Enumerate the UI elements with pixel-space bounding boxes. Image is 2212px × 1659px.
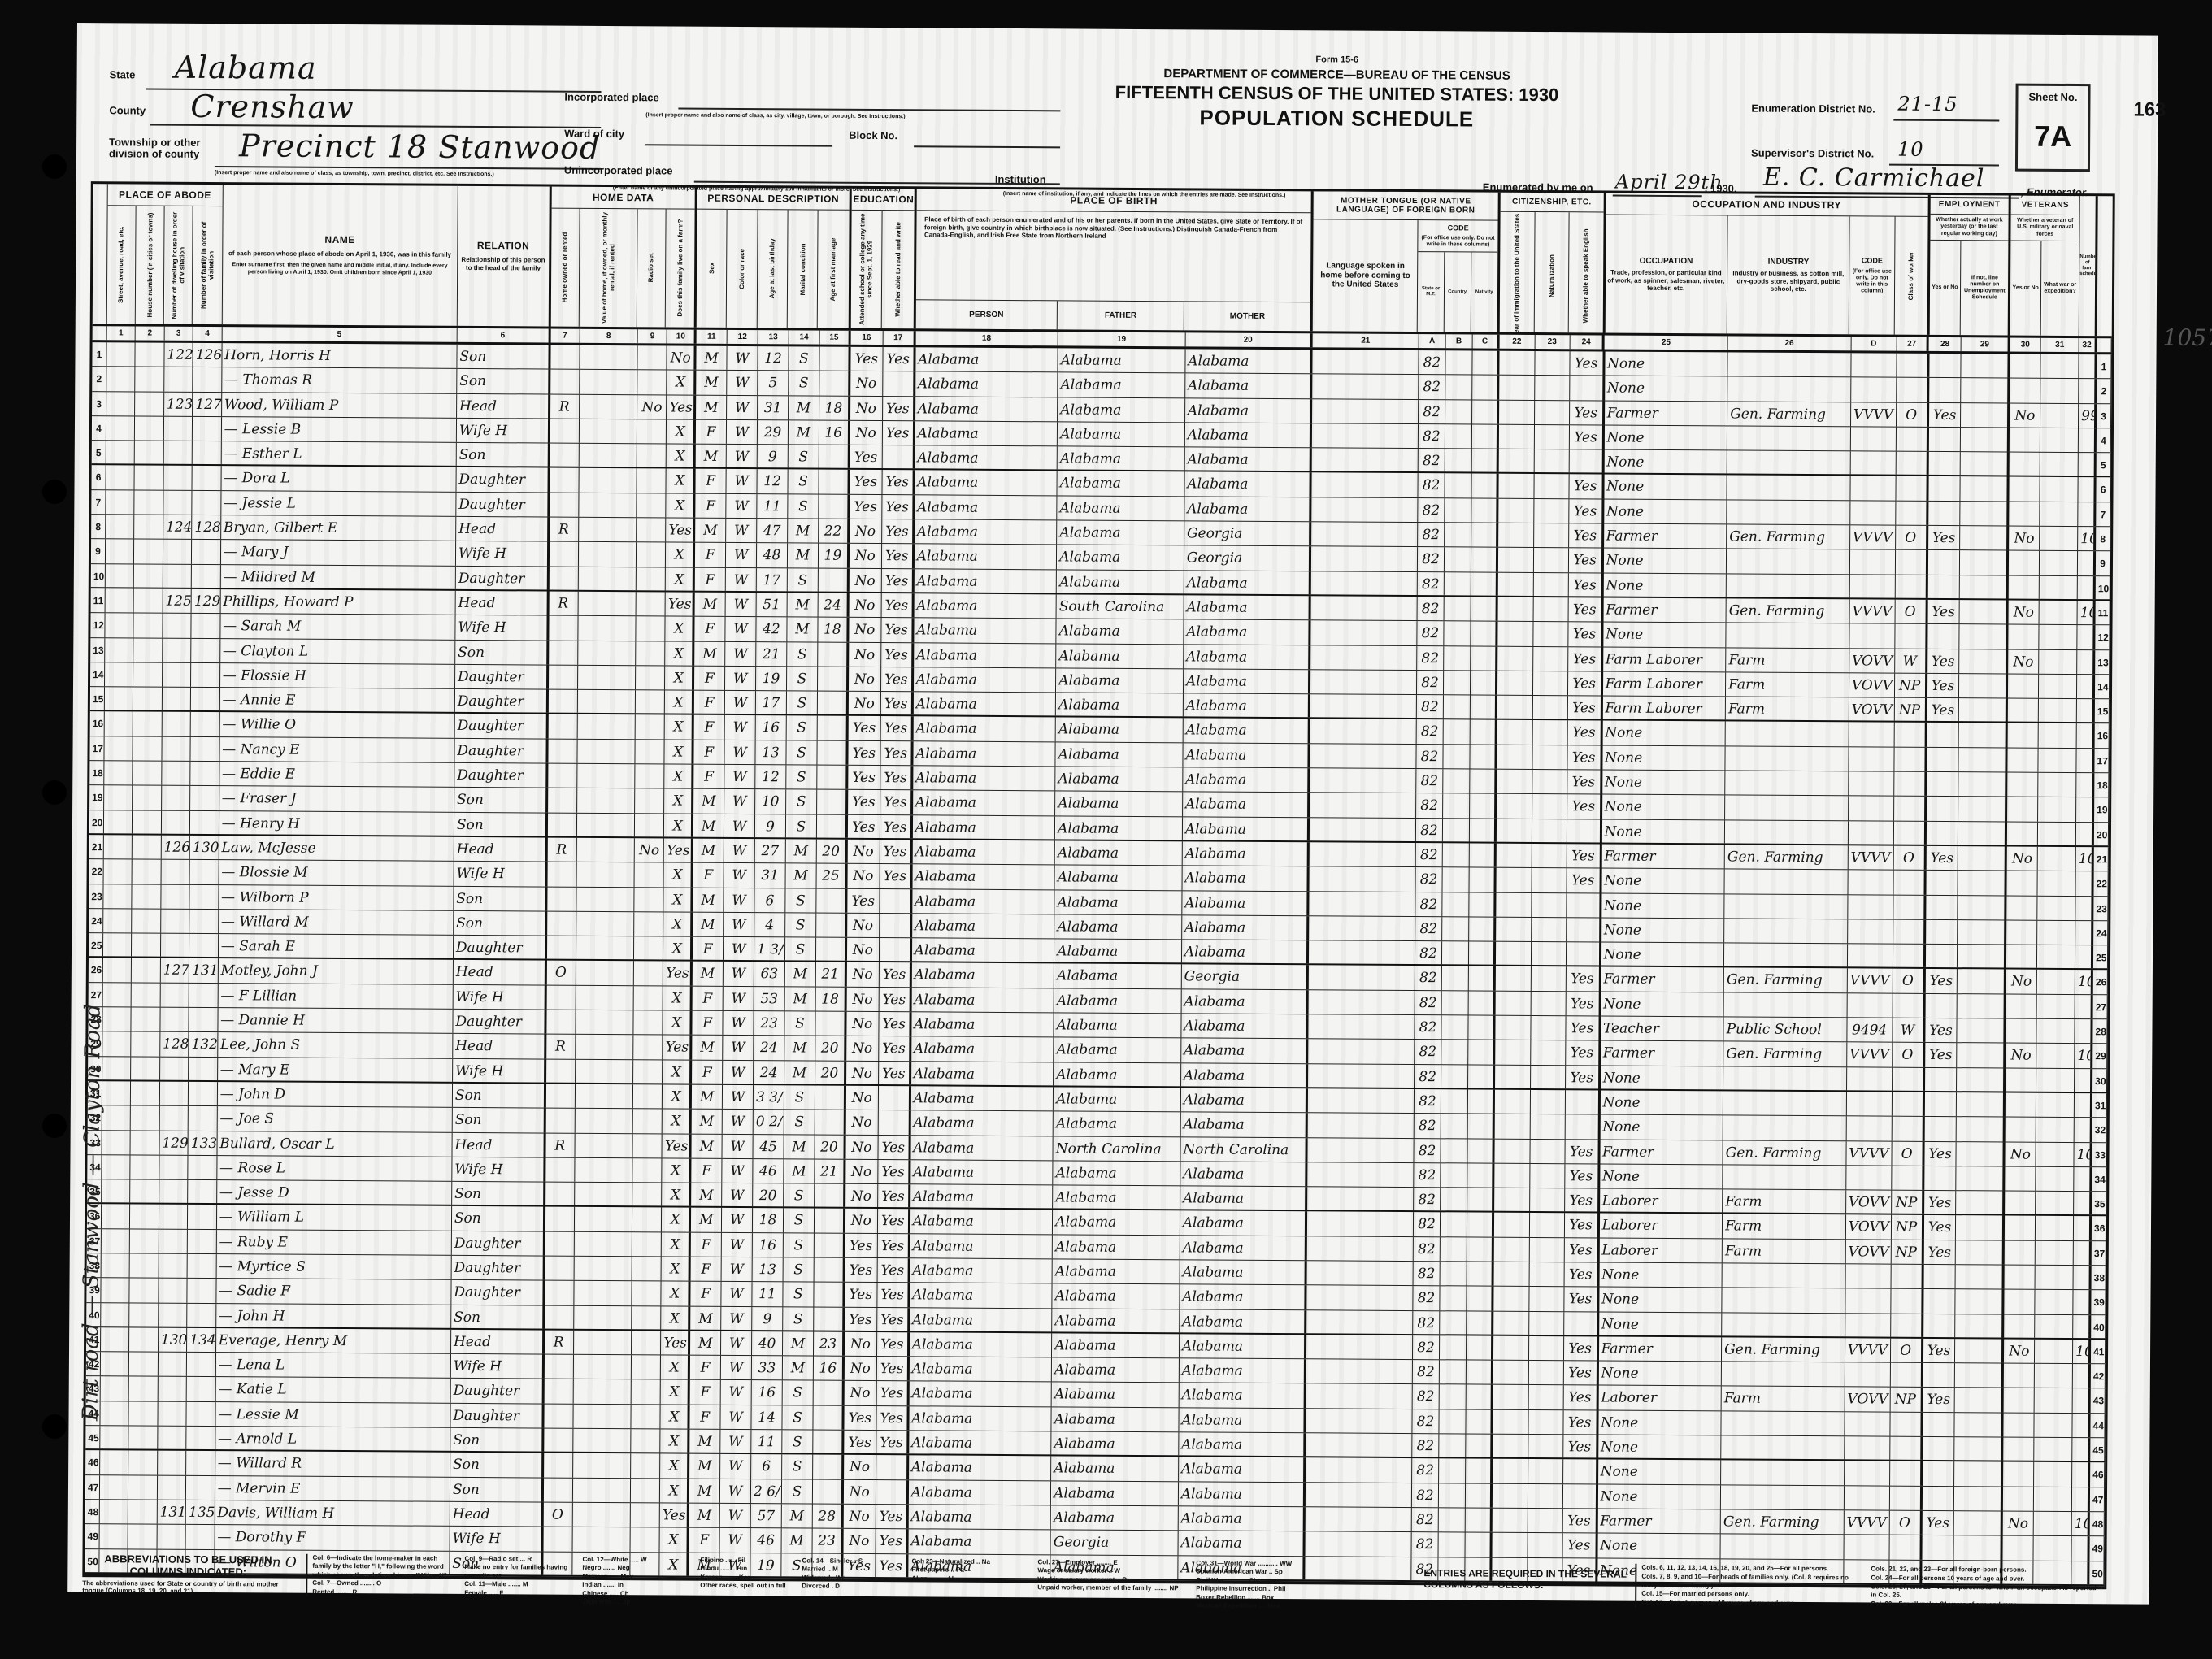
cell-own (544, 1453, 573, 1478)
cell-rn: 45 (2090, 1438, 2105, 1461)
cell-fbp: Alabama (1052, 1407, 1180, 1431)
cell-empty (1445, 523, 1471, 546)
cell-ocode (1850, 550, 1896, 575)
cell-code: 82 (1418, 474, 1445, 497)
cell-empty (130, 1229, 159, 1253)
cell-val (576, 936, 635, 960)
cell-own (544, 1404, 573, 1428)
cell-empty (104, 761, 133, 785)
cell-empty (1445, 498, 1471, 522)
cell-name: — F Lillian (218, 984, 453, 1009)
cell-agem (813, 1431, 844, 1454)
cell-fs: 99 (2079, 404, 2097, 428)
column-number: 22 (1499, 335, 1535, 349)
cell-empty (1498, 523, 1534, 548)
cell-empty (1439, 1409, 1466, 1433)
cell-empty (1444, 720, 1471, 744)
cell-name: — Rose L (217, 1156, 452, 1181)
cell-val (572, 1478, 631, 1502)
cell-read: Yes (876, 1505, 908, 1529)
enum-district-value: 21-15 (1897, 93, 1958, 115)
cell-val (577, 690, 636, 714)
cell-sch: No (847, 914, 880, 938)
cell-agem (817, 790, 848, 814)
cell-sex: F (694, 740, 725, 764)
cell-emp (1924, 1117, 1957, 1141)
cell-name: — Dannie H (218, 1008, 453, 1033)
ward-label: Ward of city (564, 128, 624, 140)
cell-rn: 38 (2092, 1266, 2106, 1289)
cell-fbp: Alabama (1052, 1309, 1180, 1332)
cell-bp: Alabama (913, 717, 1056, 741)
cell-mar: S (784, 1110, 815, 1135)
cell-cls (1893, 1067, 1925, 1091)
cell-mar: M (783, 1331, 814, 1356)
cell-empty (1529, 1287, 1564, 1311)
cell-dw (160, 1057, 189, 1080)
cell-ocode (1849, 723, 1894, 747)
cell-emp (1929, 354, 1962, 378)
cell-dw (163, 614, 192, 638)
cell-sex: M (693, 912, 724, 936)
cell-empty (1499, 376, 1535, 400)
cell-bp: Alabama (915, 372, 1058, 397)
cell-rel: Daughter (451, 1379, 545, 1403)
cell-farm: X (663, 1110, 692, 1134)
cell-read: Yes (876, 1382, 909, 1406)
cell-agem (818, 642, 849, 667)
cell-radio (632, 1281, 662, 1305)
cell-fam (191, 638, 220, 662)
cell-unl (1961, 403, 2010, 428)
cell-empty (1533, 573, 1568, 597)
cell-line: 1 (92, 342, 106, 366)
cell-empty (1466, 1435, 1493, 1457)
cell-empty (1533, 696, 1568, 719)
cell-fs (2075, 945, 2093, 968)
cell-sex: M (691, 1183, 722, 1207)
cell-fbp: Alabama (1052, 1333, 1180, 1357)
cell-farm: No (667, 345, 697, 370)
cell-ocode (1846, 1117, 1892, 1141)
cell-ind: Farm (1722, 1387, 1845, 1411)
cell-empty (1438, 1533, 1465, 1557)
cell-occ: None (1597, 1534, 1721, 1558)
cell-empty (1441, 1015, 1468, 1039)
cell-sch: No (849, 618, 881, 642)
cell-cls (1892, 1166, 1924, 1190)
cell-dw (159, 1254, 188, 1279)
abbreviations-block: ABBREVIATIONS TO BE USED IN COLUMNS INDI… (82, 1553, 293, 1596)
cell-cls (1892, 1092, 1924, 1117)
cell-eng: Yes (1570, 401, 1605, 425)
cell-read: Yes (880, 717, 913, 741)
cell-dw (158, 1427, 187, 1450)
cell-fs (2075, 921, 2093, 945)
cell-empty (133, 662, 163, 687)
cell-unl (1956, 1289, 2005, 1314)
cell-empty (1310, 744, 1417, 768)
cell-eng: Yes (1566, 1016, 1601, 1040)
cell-empty (1471, 548, 1498, 571)
cell-ind (1723, 1116, 1847, 1140)
cell-war (2035, 1414, 2073, 1438)
cell-ind: Gen. Farming (1722, 1337, 1845, 1362)
cell-radio (637, 592, 666, 616)
column-number: 16 (850, 331, 883, 345)
cell-empty (133, 909, 162, 933)
cell-race: W (720, 1454, 751, 1479)
right-line-num-header (2097, 196, 2113, 336)
cell-radio (634, 1010, 663, 1035)
cell-rn: 49 (2090, 1536, 2105, 1560)
cell-code: 82 (1415, 1065, 1441, 1088)
cell-empty (132, 1007, 161, 1031)
cell-empty (1313, 350, 1419, 374)
cell-radio (636, 690, 665, 714)
cell-ocode (1849, 821, 1894, 845)
cell-sex: F (696, 469, 727, 493)
cell-ocode: VVVV (1851, 402, 1897, 427)
cell-empty (102, 1131, 131, 1155)
cell-race: W (722, 1159, 753, 1183)
cell-empty (133, 810, 162, 834)
cell-war (2040, 551, 2078, 575)
cell-unl (1959, 723, 2008, 748)
header-name: NAME of each person whose place of abode… (222, 185, 458, 326)
cell-farm: Yes (667, 395, 696, 419)
cell-unl (1954, 1535, 2003, 1560)
cell-mbp: Alabama (1180, 1285, 1307, 1309)
cell-sch: No (847, 938, 880, 962)
cell-ind (1727, 574, 1850, 597)
state-value: Alabama (175, 50, 317, 86)
cell-agem (816, 938, 847, 962)
cell-war (2035, 1388, 2073, 1413)
cell-vet (2006, 945, 2037, 969)
cell-empty (1496, 918, 1532, 942)
cell-empty (1532, 868, 1567, 892)
cell-mbp: Alabama (1183, 793, 1310, 817)
abbr-col-23: Col. 23—Naturalized .. Na First papers .… (911, 1557, 1025, 1583)
cell-unl (1961, 477, 2010, 502)
cell-agem (814, 1258, 845, 1283)
cell-empty (134, 614, 163, 638)
cell-ocode: VVVV (1845, 1338, 1891, 1362)
county-line (150, 124, 601, 128)
cell-code: 82 (1412, 1434, 1439, 1457)
cell-eng: Yes (1566, 1041, 1601, 1066)
cell-eng: Yes (1563, 1435, 1598, 1458)
form-title-block: Form 15-6 DEPARTMENT OF COMMERCE—BUREAU … (1052, 53, 1622, 132)
cell-unl (1957, 1117, 2006, 1141)
cell-fbp: Alabama (1057, 619, 1184, 644)
cell-code: 82 (1416, 843, 1443, 866)
cell-rn: 30 (2092, 1069, 2107, 1092)
cell-sch: No (846, 1012, 879, 1036)
cell-eng: Yes (1567, 721, 1602, 745)
cell-empty (1532, 794, 1567, 819)
cell-agem (819, 494, 850, 519)
cell-fs (2077, 650, 2095, 674)
cell-war (2038, 896, 2076, 920)
cell-sex: F (689, 1528, 720, 1553)
cell-empty (1532, 819, 1567, 843)
cell-name: — Thomas R (222, 367, 457, 393)
cell-mar: M (784, 1061, 815, 1084)
cell-sch: No (850, 519, 882, 544)
cell-empty (1310, 892, 1416, 916)
cell-war (2037, 994, 2075, 1018)
cell-occ: Farmer (1605, 401, 1728, 425)
cell-unl (1958, 846, 2007, 871)
cell-rn: 19 (2094, 798, 2109, 822)
cell-rel: Wife H (454, 862, 547, 886)
cell-dw (160, 1008, 189, 1032)
cell-mar: S (788, 494, 819, 519)
cell-rn: 27 (2093, 995, 2108, 1018)
cell-farm: Yes (663, 1134, 692, 1158)
cell-farm: X (663, 986, 693, 1010)
cell-ind: Gen. Farming (1727, 402, 1851, 426)
cell-fs (2072, 1487, 2090, 1511)
cell-race: W (721, 1282, 752, 1306)
cell-eng: Yes (1567, 868, 1601, 892)
cell-empty (100, 1401, 129, 1426)
cell-code: 82 (1417, 671, 1444, 694)
cell-cls (1894, 723, 1927, 747)
cell-empty (1466, 1385, 1493, 1409)
cell-ind: Farm (1723, 1214, 1846, 1239)
cell-sch: No (845, 1209, 878, 1233)
cell-name: — Blossie M (219, 860, 454, 885)
cell-empty (134, 588, 163, 613)
column-number: 1 (107, 326, 137, 340)
cell-own (544, 1355, 573, 1379)
sheet-value: 7A (2018, 119, 2088, 154)
cell-unl (1956, 1314, 2005, 1338)
cell-read: Yes (880, 840, 912, 864)
cell-fbp: Alabama (1058, 397, 1185, 422)
cell-read (876, 1455, 909, 1479)
cell-ocode (1845, 1412, 1890, 1436)
cell-dw (163, 688, 192, 711)
cell-race: W (724, 814, 755, 838)
cell-empty (1312, 448, 1419, 471)
cell-empty (102, 1105, 132, 1130)
cell-empty (1312, 473, 1419, 497)
cell-race: W (725, 691, 756, 714)
cell-occ: None (1598, 1435, 1722, 1459)
cell-mbp: Alabama (1182, 866, 1310, 891)
cell-empty (1470, 843, 1497, 866)
cell-empty (1468, 1015, 1495, 1039)
column-number: 9 (638, 329, 667, 343)
cell-occ: None (1604, 475, 1727, 499)
cell-war (2036, 1266, 2074, 1290)
cell-vet: No (2010, 403, 2040, 428)
cell-val (579, 468, 637, 493)
cell-sex: F (694, 715, 725, 740)
cell-emp (1927, 772, 1959, 797)
cell-empty (100, 1500, 129, 1524)
cell-bp: Alabama (915, 347, 1058, 371)
cell-fs: 104 (2075, 1044, 2092, 1067)
cell-cls (1890, 1437, 1923, 1461)
cell-own (550, 542, 579, 567)
cell-eng: Yes (1564, 1238, 1599, 1262)
cell-val (576, 912, 635, 936)
cell-code: 82 (1415, 1040, 1441, 1063)
cell-emp: Yes (1926, 846, 1958, 871)
cell-mar: S (787, 716, 818, 740)
cell-bp: Alabama (910, 1234, 1053, 1258)
cell-war (2034, 1512, 2072, 1536)
cell-dw (163, 466, 193, 490)
cell-age: 19 (756, 667, 787, 691)
cell-empty (1307, 1261, 1414, 1285)
cell-rn: 18 (2094, 773, 2109, 797)
cell-empty (1313, 375, 1419, 399)
county-value: Crenshaw (190, 89, 354, 125)
cell-mbp: Alabama (1180, 1162, 1308, 1186)
cell-war (2036, 1216, 2074, 1240)
cell-agem (815, 1209, 845, 1233)
cell-fbp: Alabama (1053, 1185, 1180, 1209)
cell-empty (1471, 498, 1498, 522)
cell-empty (1493, 1287, 1529, 1311)
cell-read: Yes (880, 766, 913, 790)
cell-ind: Farm (1726, 697, 1849, 721)
cell-empty (1530, 1139, 1565, 1163)
cell-mbp: Alabama (1184, 472, 1312, 497)
cell-eng: Yes (1566, 967, 1601, 992)
cell-fs (2073, 1290, 2091, 1314)
cell-empty (131, 1155, 160, 1179)
cell-name: — Dorothy F (215, 1525, 450, 1550)
cell-name: Law, McJesse (219, 836, 454, 861)
cell-occ: None (1601, 918, 1725, 942)
cell-name: — Dora L (221, 467, 456, 492)
cell-empty (105, 638, 134, 662)
cell-mar: M (783, 1357, 814, 1381)
cell-own (549, 665, 578, 689)
cell-eng (1564, 1312, 1599, 1335)
cell-farm: X (667, 445, 696, 468)
cell-farm: X (662, 1183, 691, 1207)
cell-empty (102, 1007, 132, 1031)
cell-rn: 21 (2094, 847, 2109, 871)
cell-bp: Alabama (915, 397, 1058, 421)
cell-sex: F (690, 1380, 721, 1405)
cell-eng: Yes (1567, 795, 1602, 819)
cell-age: 4 (754, 913, 785, 937)
cell-race: W (727, 420, 758, 445)
cell-fs (2077, 625, 2095, 649)
cell-unl (1955, 1388, 2004, 1413)
cell-bp: Alabama (911, 963, 1054, 988)
cell-empty (1471, 523, 1498, 547)
cell-war (2037, 1019, 2075, 1044)
cell-agem: 23 (812, 1529, 843, 1553)
cell-mar: S (787, 692, 818, 715)
cell-val (573, 1453, 632, 1478)
cell-read: Yes (877, 1234, 910, 1258)
cell-fbp: Alabama (1058, 348, 1186, 372)
cell-empty (103, 884, 133, 909)
cell-eng: Yes (1568, 671, 1603, 696)
cell-mar: M (789, 396, 819, 420)
cell-fs: 100 (2078, 527, 2096, 550)
cell-read: Yes (876, 1431, 909, 1454)
cell-empty (104, 810, 133, 834)
cell-empty (1530, 1164, 1565, 1188)
column-number: 4 (193, 327, 223, 341)
cell-rn: 44 (2090, 1414, 2105, 1437)
cell-empty (1493, 1336, 1529, 1361)
cell-bp: Alabama (909, 1431, 1052, 1454)
cell-sex: M (696, 445, 727, 468)
cell-sex: M (691, 1208, 722, 1232)
cell-occ: None (1603, 623, 1727, 647)
cell-emp (1928, 476, 1961, 501)
cell-empty (106, 367, 136, 392)
cell-race: W (720, 1504, 751, 1528)
cell-ocode (1849, 624, 1895, 649)
cell-sex: F (693, 765, 724, 789)
cell-fs (2075, 897, 2093, 920)
cell-fs (2074, 1167, 2092, 1191)
cell-war (2038, 847, 2076, 871)
cell-name: — Wilborn P (219, 885, 454, 910)
cell-sex: F (693, 863, 724, 888)
cell-war (2038, 773, 2076, 797)
cell-read: Yes (877, 1308, 910, 1331)
cell-mar: S (782, 1455, 813, 1479)
cell-val (576, 887, 635, 911)
cell-fs (2075, 995, 2093, 1018)
cell-empty (130, 1253, 159, 1278)
cell-rn: 46 (2090, 1463, 2105, 1487)
cell-ind (1727, 500, 1850, 524)
cell-empty (102, 1205, 131, 1229)
cell-rel: Son (455, 640, 549, 664)
cell-empty (1444, 646, 1471, 670)
cell-line: 3 (92, 392, 106, 415)
cell-vet (2006, 1019, 2037, 1044)
cell-cls (1895, 624, 1927, 649)
cell-bp: Alabama (912, 865, 1055, 889)
cell-occ: None (1601, 992, 1724, 1016)
cell-agem (819, 347, 850, 371)
cell-farm: X (660, 1454, 689, 1479)
cell-sch: No (850, 371, 883, 396)
cell-war (2036, 1118, 2075, 1142)
cell-cls (1893, 871, 1926, 895)
cell-name: — Sadie F (216, 1279, 451, 1304)
cell-empty (1469, 942, 1496, 965)
cell-line: 6 (91, 466, 106, 489)
cell-race: W (725, 667, 756, 691)
cell-fam (189, 910, 219, 934)
cell-unl (1955, 1413, 2004, 1437)
column-number: 15 (819, 331, 850, 345)
cell-empty (1496, 892, 1532, 917)
column-number: 17 (883, 331, 915, 345)
cell-age: 57 (751, 1504, 782, 1528)
cell-empty (1535, 351, 1570, 376)
block-line (914, 145, 1060, 148)
